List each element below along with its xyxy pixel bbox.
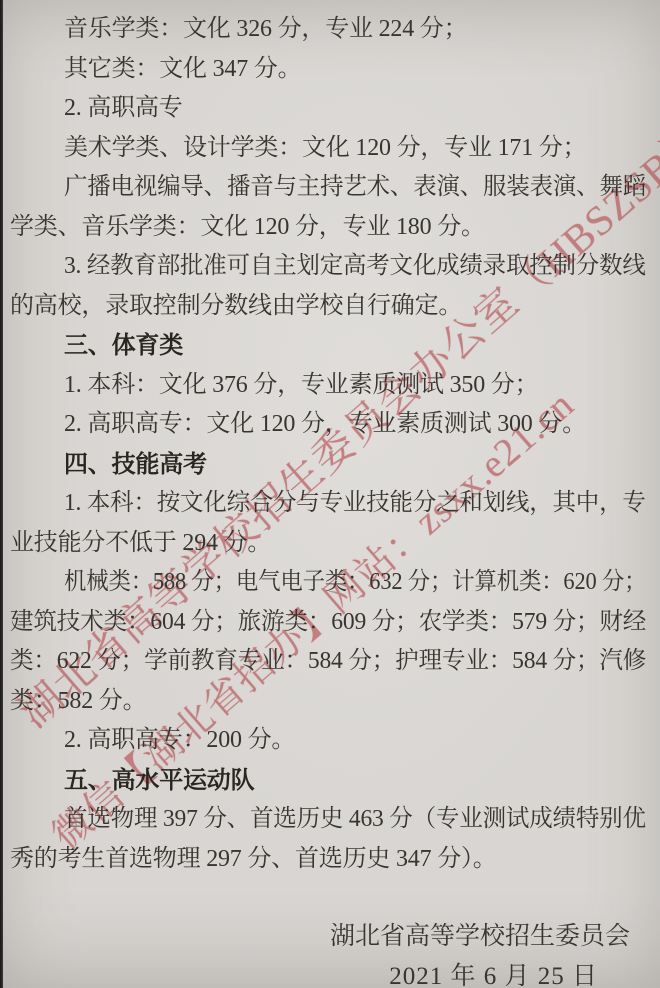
text-line: 业技能分不低于 294 分。 (10, 524, 648, 564)
text-line-content: 的高校，录取控制分数线由学校自行确定。 (10, 287, 462, 327)
text-line-content: 1. 本科：按文化综合分与专业技能分之和划线，其中，专 (64, 484, 646, 524)
text-line-content: 2. 高职高专 (64, 89, 183, 129)
text-line: 学类、音乐学类：文化 120 分，专业 180 分。 (10, 208, 648, 248)
text-line-content: 学类、音乐学类：文化 120 分，专业 180 分。 (10, 208, 485, 248)
text-line: 建筑技术类：604 分；旅游类：609 分；农学类：579 分；财经 (10, 603, 648, 643)
text-line-content: 类：622 分；学前教育专业：584 分；护理专业：584 分；汽修 (10, 642, 646, 682)
text-line-content: 业技能分不低于 294 分。 (10, 524, 271, 564)
text-line: 2. 高职高专 (10, 89, 648, 129)
text-line-content: 首选物理 397 分、首选历史 463 分（专业测试成绩特别优 (64, 800, 646, 840)
text-line: 类：582 分。 (10, 682, 648, 722)
text-line: 1. 本科：文化 376 分，专业素质测试 350 分； (10, 366, 648, 406)
text-line-content: 3. 经教育部批准可自主划定高考文化成绩录取控制分数线 (64, 247, 646, 287)
text-line-content: 美术学类、设计学类：文化 120 分，专业 171 分； (64, 129, 586, 169)
text-line-content: 类：582 分。 (10, 682, 146, 722)
text-line: 机械类：588 分；电气电子类：632 分；计算机类：620 分； (10, 563, 648, 603)
scanned-document-page: 湖北省高等学校招生委员会办公室（HBSZSB） 微信【湖北省招办】网站：zsxx… (0, 0, 660, 988)
text-line: 其它类：文化 347 分。 (10, 50, 648, 90)
text-line: 2. 高职高专：文化 120 分，专业素质测试 300 分。 (10, 405, 648, 445)
text-line-content: 五、高水平运动队 (64, 761, 254, 801)
text-line: 首选物理 397 分、首选历史 463 分（专业测试成绩特别优 (10, 800, 648, 840)
text-line: 的高校，录取控制分数线由学校自行确定。 (10, 287, 648, 327)
signature-org: 湖北省高等学校招生委员会 (330, 916, 630, 952)
text-line: 美术学类、设计学类：文化 120 分，专业 171 分； (10, 129, 648, 169)
text-line: 音乐学类：文化 326 分，专业 224 分； (10, 10, 648, 50)
text-line: 秀的考生首选物理 297 分、首选历史 347 分）。 (10, 840, 648, 880)
text-line-content: 三、体育类 (64, 326, 183, 366)
text-line: 1. 本科：按文化综合分与专业技能分之和划线，其中，专 (10, 484, 648, 524)
document-body: 音乐学类：文化 326 分，专业 224 分；其它类：文化 347 分。2. 高… (10, 10, 648, 879)
text-line-content: 机械类：588 分；电气电子类：632 分；计算机类：620 分； (64, 563, 646, 603)
section-heading: 五、高水平运动队 (10, 761, 648, 801)
text-line: 2. 高职高专：200 分。 (10, 721, 648, 761)
signature-date: 2021 年 6 月 25 日 (389, 956, 598, 988)
text-line-content: 2. 高职高专：文化 120 分，专业素质测试 300 分。 (64, 405, 586, 445)
text-line: 类：622 分；学前教育专业：584 分；护理专业：584 分；汽修 (10, 642, 648, 682)
text-line-content: 建筑技术类：604 分；旅游类：609 分；农学类：579 分；财经 (10, 603, 646, 643)
text-line: 广播电视编导、播音与主持艺术、表演、服装表演、舞蹈 (10, 168, 648, 208)
section-heading: 三、体育类 (10, 326, 648, 366)
text-line-content: 音乐学类：文化 326 分，专业 224 分； (64, 10, 467, 50)
text-line-content: 四、技能高考 (64, 445, 207, 485)
text-line-content: 2. 高职高专：200 分。 (64, 721, 295, 761)
text-line-content: 广播电视编导、播音与主持艺术、表演、服装表演、舞蹈 (64, 168, 646, 208)
text-line: 3. 经教育部批准可自主划定高考文化成绩录取控制分数线 (10, 247, 648, 287)
text-line-content: 其它类：文化 347 分。 (64, 50, 301, 90)
page-left-edge-shadow (0, 0, 3, 988)
text-line-content: 秀的考生首选物理 297 分、首选历史 347 分）。 (10, 840, 497, 880)
text-line-content: 1. 本科：文化 376 分，专业素质测试 350 分； (64, 366, 538, 406)
section-heading: 四、技能高考 (10, 445, 648, 485)
